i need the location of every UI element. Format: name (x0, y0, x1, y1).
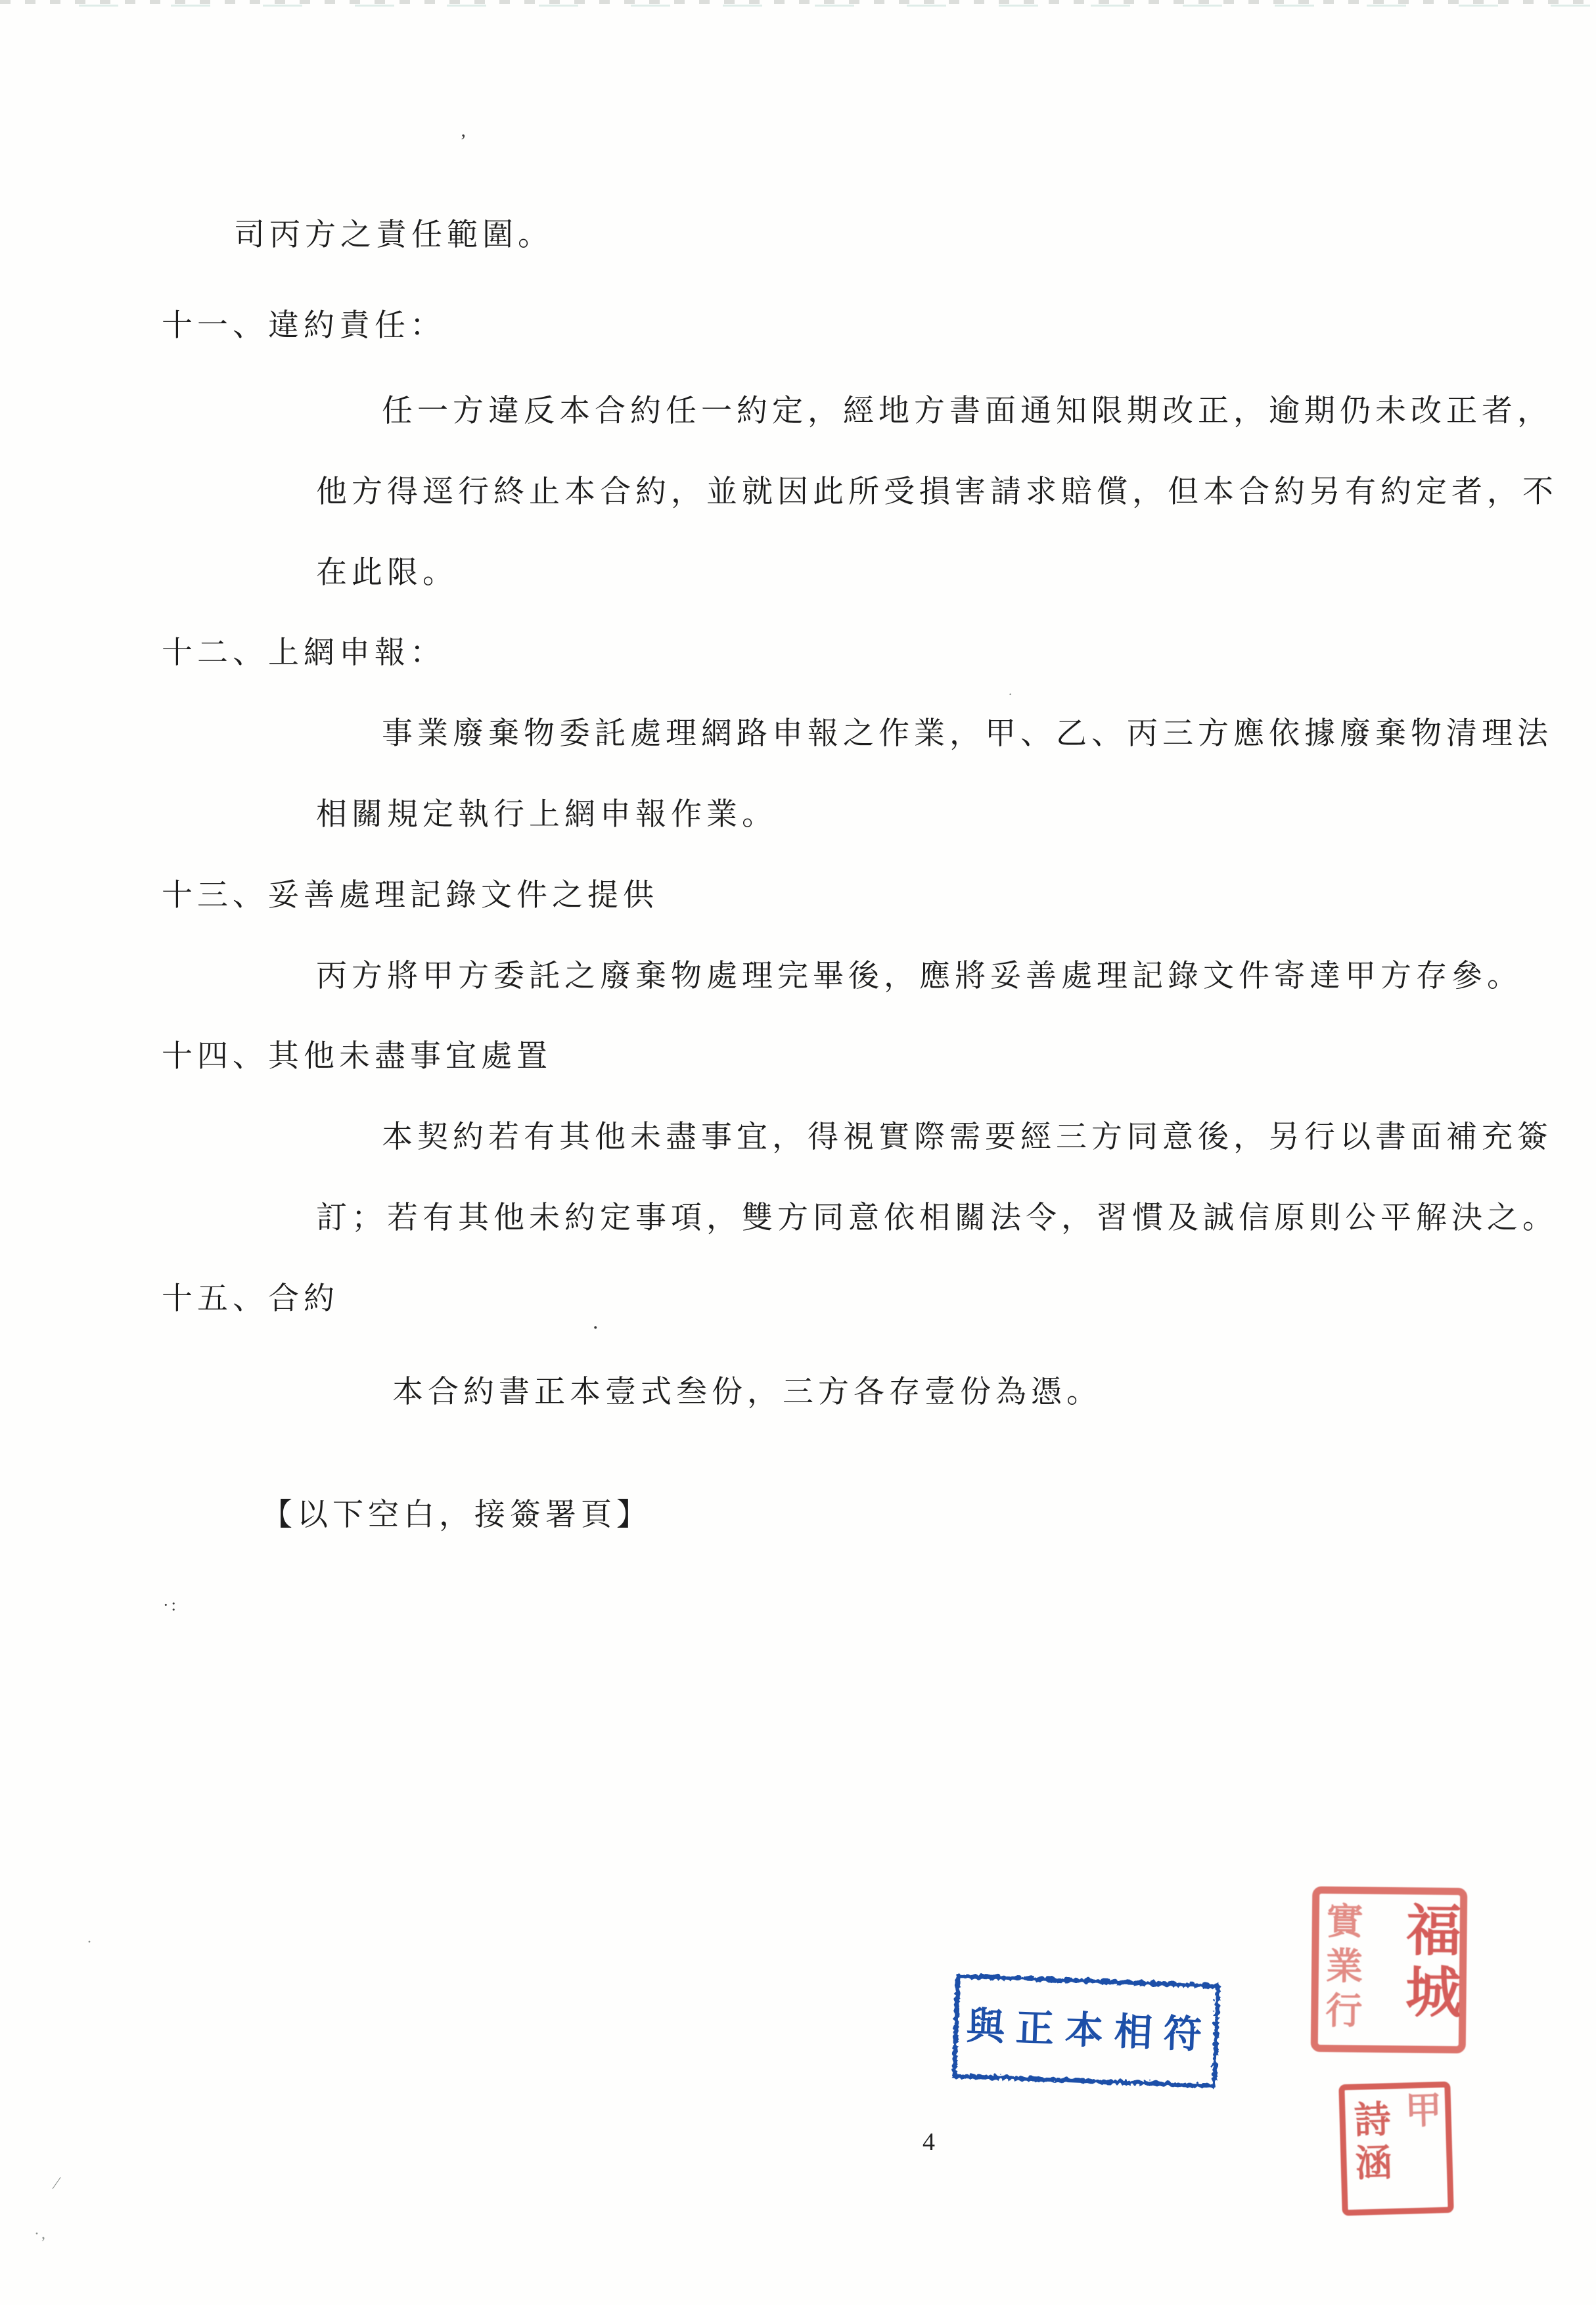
company-seal-left-column: 實業行 (1322, 1902, 1360, 2036)
scan-edge-noise-line (79, 5, 1590, 7)
scanned-contract-page: 司丙方之責任範圍。 十一、違約責任： 任一方違反本合約任一約定，經地方書面通知限… (0, 0, 1596, 2305)
section-15-line-1: 本合約書正本壹式叁份，三方各存壹份為憑。 (392, 1374, 1102, 1411)
scan-speck: · (1008, 687, 1013, 702)
name-seal: 甲 詩涵 (1338, 2082, 1454, 2216)
company-seal: 福城 實業行 (1311, 1886, 1468, 2053)
scan-speck: ‘ (568, 800, 573, 816)
section-14-heading: 十四、其他未盡事宜處置 (162, 1038, 552, 1075)
scan-speck: ·: (163, 1597, 179, 1614)
page-number: 4 (923, 2128, 935, 2157)
certification-stamp: 與正本相符 (944, 1966, 1224, 2092)
name-seal-right-column: 甲 (1402, 2090, 1440, 2137)
scan-speck: ’ (460, 131, 467, 151)
section-12-line-2: 相關規定執行上網申報作業。 (316, 796, 777, 833)
section-11-line-3: 在此限。 (316, 555, 458, 591)
section-11-heading: 十一、違約責任： (162, 308, 445, 344)
section-15-heading: 十五、合約 (162, 1281, 339, 1317)
section-14-line-1: 本契約若有其他未盡事宜，得視實際需要經三方同意後，另行以書面補充簽 (382, 1119, 1553, 1156)
section-12-line-1: 事業廢棄物委託處理網路申報之作業，甲、乙、丙三方應依據廢棄物清理法 (382, 716, 1553, 752)
certification-stamp-text: 與正本相符 (946, 1994, 1223, 2060)
carryover-line: 司丙方之責任範圍。 (234, 217, 553, 254)
scan-speck: · (87, 1934, 92, 1950)
section-13-line-1: 丙方將甲方委託之廢棄物處理完畢後，應將妥善處理記錄文件寄達甲方存參。 (316, 958, 1522, 995)
section-11-line-1: 任一方違反本合約任一約定，經地方書面通知限期改正，逾期仍未改正者， (382, 393, 1553, 430)
scan-speck: ⁄ (55, 2175, 58, 2192)
scan-speck: ·, (34, 2226, 47, 2242)
company-seal-right-column: 福城 (1400, 1901, 1456, 2025)
section-12-heading: 十二、上網申報： (162, 635, 445, 672)
section-13-heading: 十三、妥善處理記錄文件之提供 (162, 877, 658, 914)
name-seal-left-column: 詩涵 (1350, 2099, 1390, 2187)
section-14-line-2: 訂；若有其他未約定事項，雙方同意依相關法令，習慣及誠信原則公平解決之。 (316, 1200, 1558, 1237)
section-11-line-2: 他方得逕行終止本合約，並就因此所受損害請求賠償，但本合約另有約定者，不 (316, 474, 1558, 511)
scan-edge-noise (0, 0, 1596, 4)
scan-speck: . (593, 1311, 599, 1333)
footer-note: 【以下空白，接簽署頁】 (262, 1497, 652, 1534)
